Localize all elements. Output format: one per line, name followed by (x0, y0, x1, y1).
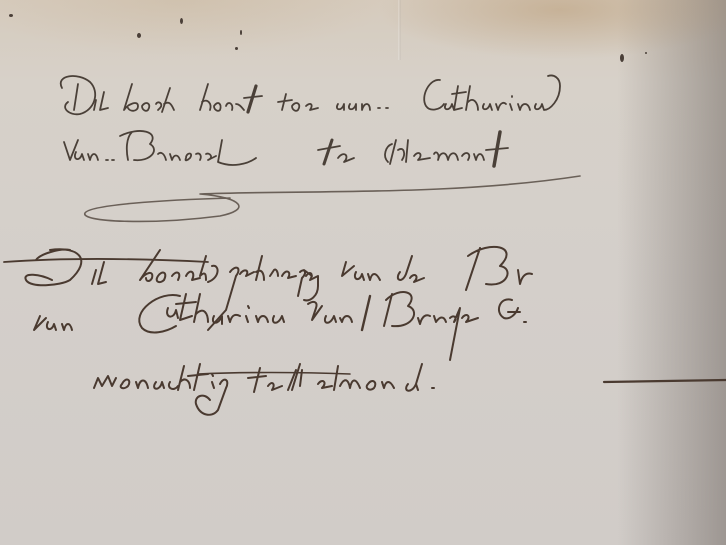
strikethrough-te (198, 373, 350, 375)
lower-inscription-strokes (4, 247, 726, 415)
decorative-flourish (85, 176, 580, 221)
trailing-dash (604, 380, 726, 382)
strikethrough-dit (4, 259, 208, 262)
upper-inscription-strokes (61, 75, 560, 166)
handwriting-strokes (0, 0, 726, 545)
